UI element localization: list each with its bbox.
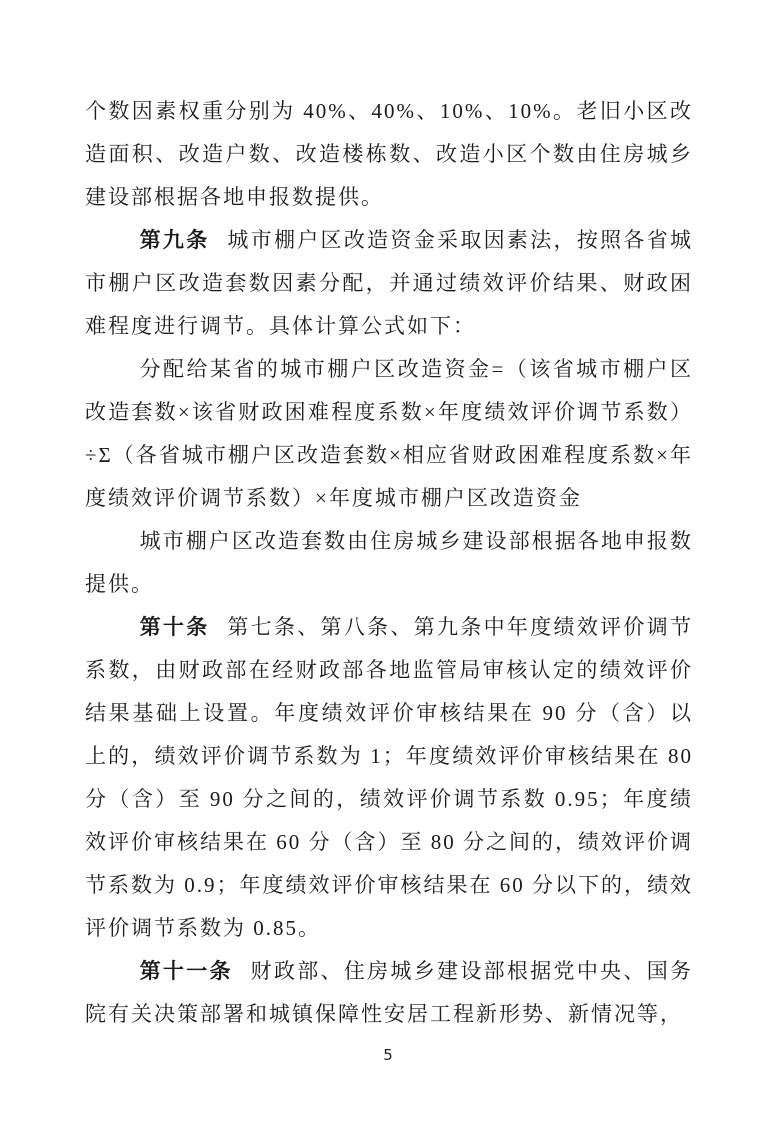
- paragraph-article-10: 第十条第七条、第八条、第九条中年度绩效评价调节系数，由财政部在经财政部各地监管局…: [85, 606, 693, 950]
- paragraph-text: 个数因素权重分别为 40%、40%、10%、10%。老旧小区改造面积、改造户数、…: [85, 99, 693, 209]
- article-number: 第十条: [140, 615, 210, 639]
- paragraph-text: 第七条、第八条、第九条中年度绩效评价调节系数，由财政部在经财政部各地监管局审核认…: [85, 615, 693, 940]
- document-page: 个数因素权重分别为 40%、40%、10%、10%。老旧小区改造面积、改造户数、…: [0, 0, 776, 1129]
- document-body: 个数因素权重分别为 40%、40%、10%、10%。老旧小区改造面积、改造户数、…: [85, 90, 693, 1036]
- article-number: 第十一条: [140, 959, 233, 983]
- paragraph-text: 城市棚户区改造套数由住房城乡建设部根据各地申报数提供。: [85, 529, 693, 596]
- paragraph-formula: 分配给某省的城市棚户区改造资金=（该省城市棚户区改造套数×该省财政困难程度系数×…: [85, 348, 693, 520]
- paragraph-data-source: 城市棚户区改造套数由住房城乡建设部根据各地申报数提供。: [85, 520, 693, 606]
- paragraph-article-9: 第九条城市棚户区改造资金采取因素法，按照各省城市棚户区改造套数因素分配，并通过绩…: [85, 219, 693, 348]
- paragraph-article-11: 第十一条财政部、住房城乡建设部根据党中央、国务院有关决策部署和城镇保障性安居工程…: [85, 950, 693, 1036]
- paragraph-continuation: 个数因素权重分别为 40%、40%、10%、10%。老旧小区改造面积、改造户数、…: [85, 90, 693, 219]
- page-number: 5: [0, 1046, 776, 1064]
- article-number: 第九条: [140, 228, 210, 252]
- paragraph-text: 分配给某省的城市棚户区改造资金=（该省城市棚户区改造套数×该省财政困难程度系数×…: [85, 357, 693, 510]
